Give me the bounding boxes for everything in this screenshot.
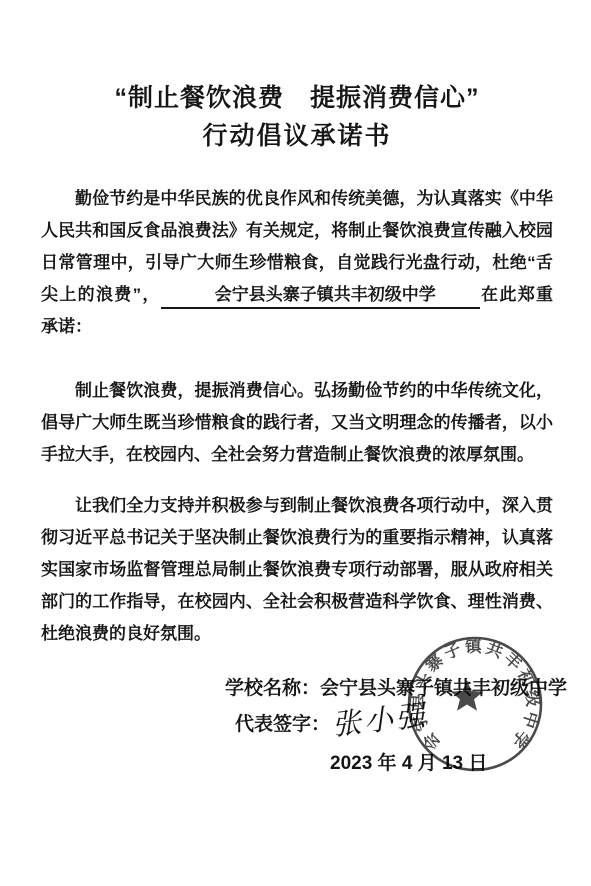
scanned-document-page: “制止餐饮浪费 提振消费信心” 行动倡议承诺书 勤俭节约是中华民族的优良作风和传… [0,0,591,886]
paragraph-support-actions: 让我们全力支持并积极参与到制止餐饮浪费各项行动中，深入贯彻习近平总书记关于坚决制… [41,490,553,650]
representative-signature-row: 代表签字：张小强 [41,708,553,743]
school-name-on-blank: 会宁县头寨子镇共丰初级中学 [215,285,436,304]
document-content: “制止餐饮浪费 提振消费信心” 行动倡议承诺书 勤俭节约是中华民族的优良作风和传… [0,0,591,780]
signature-block: 学校名称：会宁县头寨子镇共丰初级中学 代表签字：张小强 2023 年 4 月 1… [41,672,553,780]
document-title-line2: 行动倡议承诺书 [41,120,553,153]
document-title-line1: “制止餐饮浪费 提振消费信心” [41,0,553,115]
school-name-row: 学校名称：会宁县头寨子镇共丰初级中学 [41,672,553,705]
paragraph-pledge-intro: 勤俭节约是中华民族的优良作风和传统美德，为认真落实《中华人民共和国反食品浪费法》… [41,183,553,343]
date-row: 2023 年 4 月 13 日 [41,747,553,780]
school-name-fill-in-blank: 会宁县头寨子镇共丰初级中学 [161,284,480,309]
date-value: 2023 年 4 月 13 日 [330,753,487,774]
representative-signature-label: 代表签字： [235,714,330,735]
school-name-label: 学校名称： [225,678,320,699]
representative-signature-handwriting: 张小强 [332,699,432,743]
school-name-value: 会宁县头寨子镇共丰初级中学 [320,678,567,699]
paragraph-commitment: 制止餐饮浪费，提振消费信心。弘扬勤俭节约的中华传统文化，倡导广大师生既当珍惜粮食… [41,375,553,471]
